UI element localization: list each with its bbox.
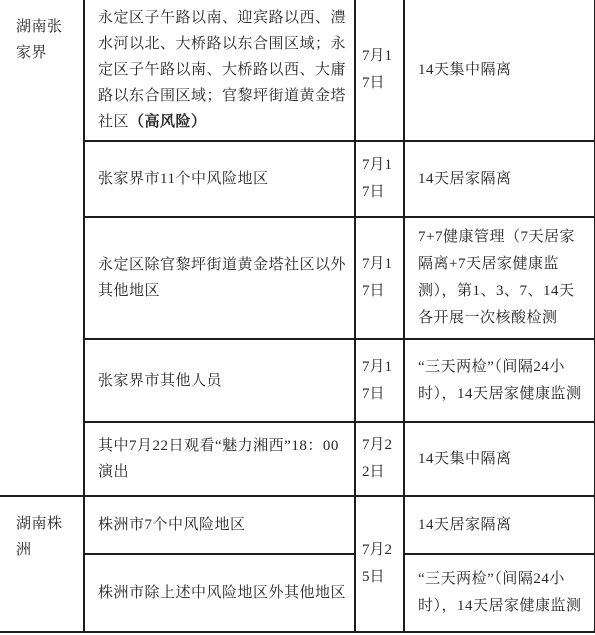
table-row: 湖南张家界 永定区子午路以南、迎宾路以西、澧水河以北、大桥路以东合围区域；永定区… (0, 0, 595, 141)
high-risk-label: （高风险） (129, 114, 207, 130)
region-label: 湖南张家界 (16, 19, 63, 61)
policy-cell: 14天集中隔离 (404, 0, 595, 141)
date-cell-merged: 7月25日 (355, 496, 404, 632)
policy-cell: “三天两检”（间隔24小时），14天居家健康监测 (404, 339, 595, 422)
table-row: 株洲市除上述中风险地区外其他地区 “三天两检”（间隔24小时），14天居家健康监… (0, 554, 595, 632)
policy-cell: 14天居家隔离 (404, 141, 595, 217)
area-cell: 株洲市除上述中风险地区外其他地区 (84, 554, 355, 632)
policy-cell: “三天两检”（间隔24小时），14天居家健康监测 (404, 554, 595, 632)
area-cell: 张家界市其他人员 (84, 339, 355, 422)
date-cell: 7月22日 (355, 422, 404, 496)
policy-cell: 14天居家隔离 (404, 496, 595, 554)
region-cell-zhuzhou: 湖南株洲 (0, 496, 84, 632)
area-cell: 永定区子午路以南、迎宾路以西、澧水河以北、大桥路以东合围区域；永定区子午路以南、… (84, 0, 355, 141)
area-cell: 株洲市7个中风险地区 (84, 496, 355, 554)
date-cell: 7月17日 (355, 0, 404, 141)
table-row: 其中7月22日观看“魅力湘西”18：00演出 7月22日 14天集中隔离 (0, 422, 595, 496)
date-cell: 7月17日 (355, 141, 404, 217)
region-cell-zhangjiajie: 湖南张家界 (0, 0, 84, 496)
policy-cell: 14天集中隔离 (404, 422, 595, 496)
date-cell: 7月17日 (355, 339, 404, 422)
table-row: 永定区除官黎坪街道黄金塔社区以外其他地区 7月17日 7+7健康管理（7天居家隔… (0, 217, 595, 339)
area-cell: 张家界市11个中风险地区 (84, 141, 355, 217)
area-cell: 其中7月22日观看“魅力湘西”18：00演出 (84, 422, 355, 496)
table-row: 张家界市11个中风险地区 7月17日 14天居家隔离 (0, 141, 595, 217)
area-cell: 永定区除官黎坪街道黄金塔社区以外其他地区 (84, 217, 355, 339)
date-cell: 7月17日 (355, 217, 404, 339)
area-text: 永定区子午路以南、迎宾路以西、澧水河以北、大桥路以东合围区域；永定区子午路以南、… (98, 10, 346, 130)
region-label: 湖南株洲 (16, 516, 63, 558)
table-row: 张家界市其他人员 7月17日 “三天两检”（间隔24小时），14天居家健康监测 (0, 339, 595, 422)
policy-cell: 7+7健康管理（7天居家隔离+7天居家健康监测），第1、3、7、14天各开展一次… (404, 217, 595, 339)
table-row: 湖南株洲 株洲市7个中风险地区 7月25日 14天居家隔离 (0, 496, 595, 554)
quarantine-policy-table: 湖南张家界 永定区子午路以南、迎宾路以西、澧水河以北、大桥路以东合围区域；永定区… (0, 0, 595, 633)
